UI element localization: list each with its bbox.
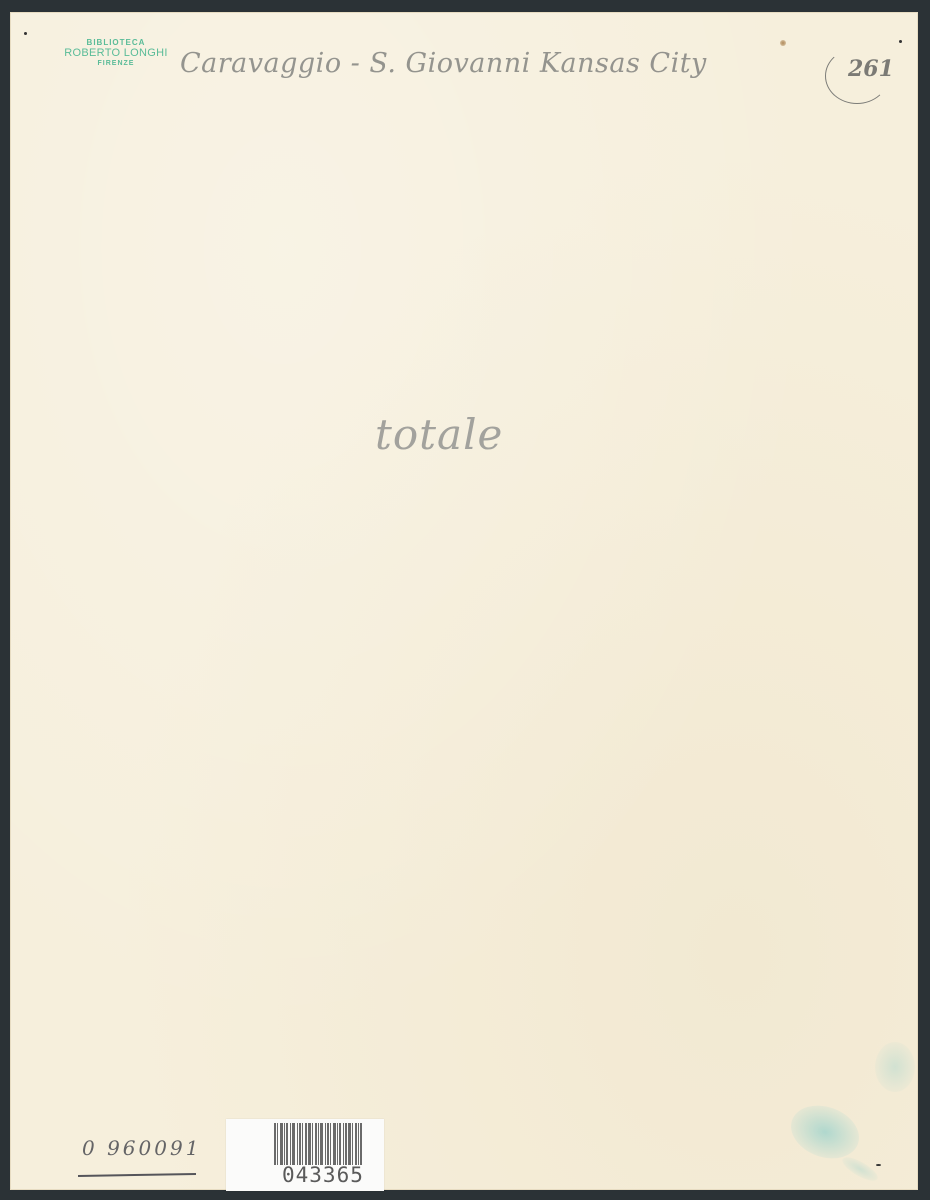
photo-verso-sheet: BIBLIOTECA ROBERTO LONGHI FIRENZE Carava… [10, 12, 918, 1190]
ink-stain [875, 1042, 915, 1092]
speck [899, 40, 902, 43]
library-stamp: BIBLIOTECA ROBERTO LONGHI FIRENZE [46, 38, 186, 68]
handwritten-catalog-number: 261 [848, 56, 894, 82]
foxing-spot [780, 40, 786, 46]
handwritten-center-note: totale [375, 410, 503, 459]
stamp-line-1: BIBLIOTECA [46, 38, 186, 47]
handwritten-inventory-number: 0 960091 [82, 1136, 201, 1160]
handwritten-title: Caravaggio - S. Giovanni Kansas City [180, 48, 707, 79]
inventory-underline [78, 1173, 196, 1177]
stamp-line-2: ROBERTO LONGHI [46, 47, 186, 60]
speck [24, 32, 27, 35]
speck [876, 1164, 881, 1166]
stamp-line-3: FIRENZE [46, 60, 186, 68]
ink-stain [784, 1097, 867, 1168]
barcode-bars-icon [274, 1123, 370, 1165]
barcode-number: 043365 [282, 1163, 364, 1187]
ink-stain [839, 1153, 881, 1185]
barcode-label: 043365 [226, 1119, 384, 1191]
